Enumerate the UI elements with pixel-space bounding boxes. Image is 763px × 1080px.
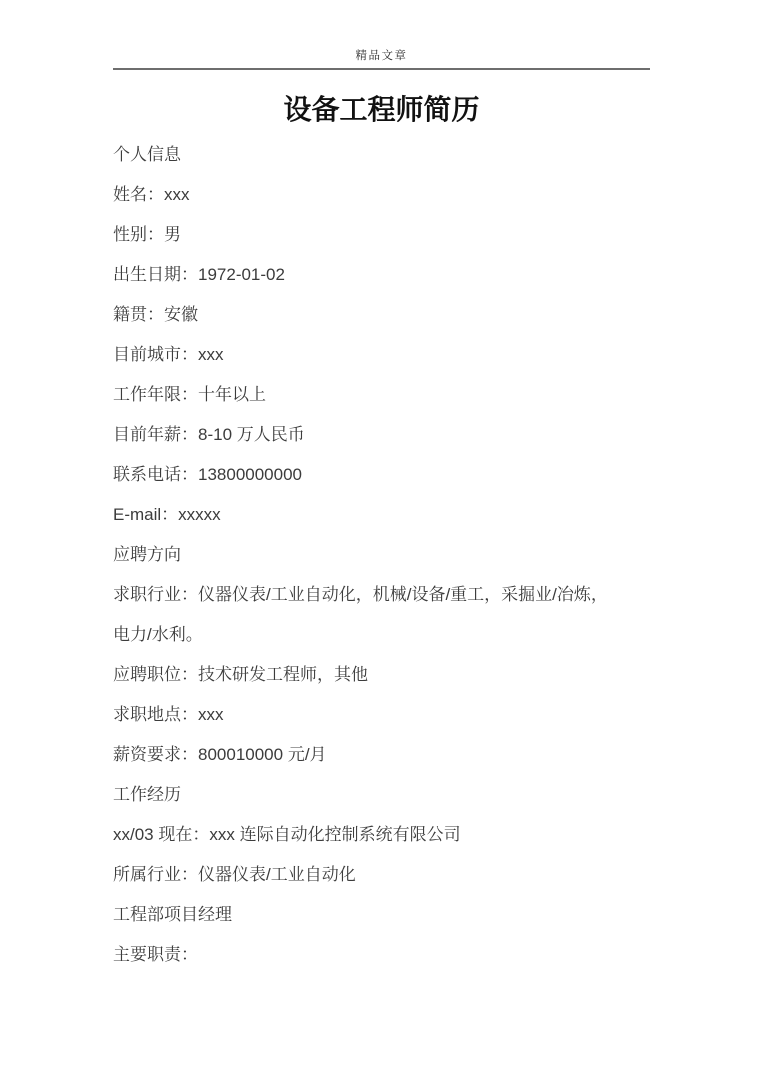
birth-date-line: 出生日期：1972-01-02 — [113, 255, 650, 295]
header-watermark: 精品文章 — [113, 47, 650, 63]
document-page: 精品文章 设备工程师简历 个人信息 姓名：xxx 性别：男 出生日期：1972-… — [0, 0, 763, 1080]
experience-company-line: xx/03 现在：xxx 连际自动化控制系统有限公司 — [113, 815, 650, 855]
experience-title-line: 工程部项目经理 — [113, 895, 650, 935]
email-line: E-mail：xxxxx — [113, 495, 650, 535]
experience-industry-line: 所属行业：仪器仪表/工业自动化 — [113, 855, 650, 895]
name-line: 姓名：xxx — [113, 175, 650, 215]
phone-line: 联系电话：13800000000 — [113, 455, 650, 495]
target-industry-line-1: 求职行业：仪器仪表/工业自动化，机械/设备/重工，采掘业/冶炼， — [113, 575, 650, 615]
page-header: 精品文章 — [113, 0, 650, 70]
target-position-line: 应聘职位：技术研发工程师，其他 — [113, 655, 650, 695]
target-industry-line-2: 电力/水利。 — [113, 615, 650, 655]
experience-duty-line: 主要职责： — [113, 935, 650, 975]
job-intention-heading: 应聘方向 — [113, 535, 650, 575]
native-place-line: 籍贯：安徽 — [113, 295, 650, 335]
work-experience-heading: 工作经历 — [113, 775, 650, 815]
page-title: 设备工程师简历 — [113, 93, 650, 129]
target-location-line: 求职地点：xxx — [113, 695, 650, 735]
personal-info-heading: 个人信息 — [113, 135, 650, 175]
resume-body: 个人信息 姓名：xxx 性别：男 出生日期：1972-01-02 籍贯：安徽 目… — [113, 135, 650, 975]
gender-line: 性别：男 — [113, 215, 650, 255]
current-salary-line: 目前年薪：8-10 万人民币 — [113, 415, 650, 455]
work-years-line: 工作年限：十年以上 — [113, 375, 650, 415]
current-city-line: 目前城市：xxx — [113, 335, 650, 375]
salary-requirement-line: 薪资要求：800010000 元/月 — [113, 735, 650, 775]
